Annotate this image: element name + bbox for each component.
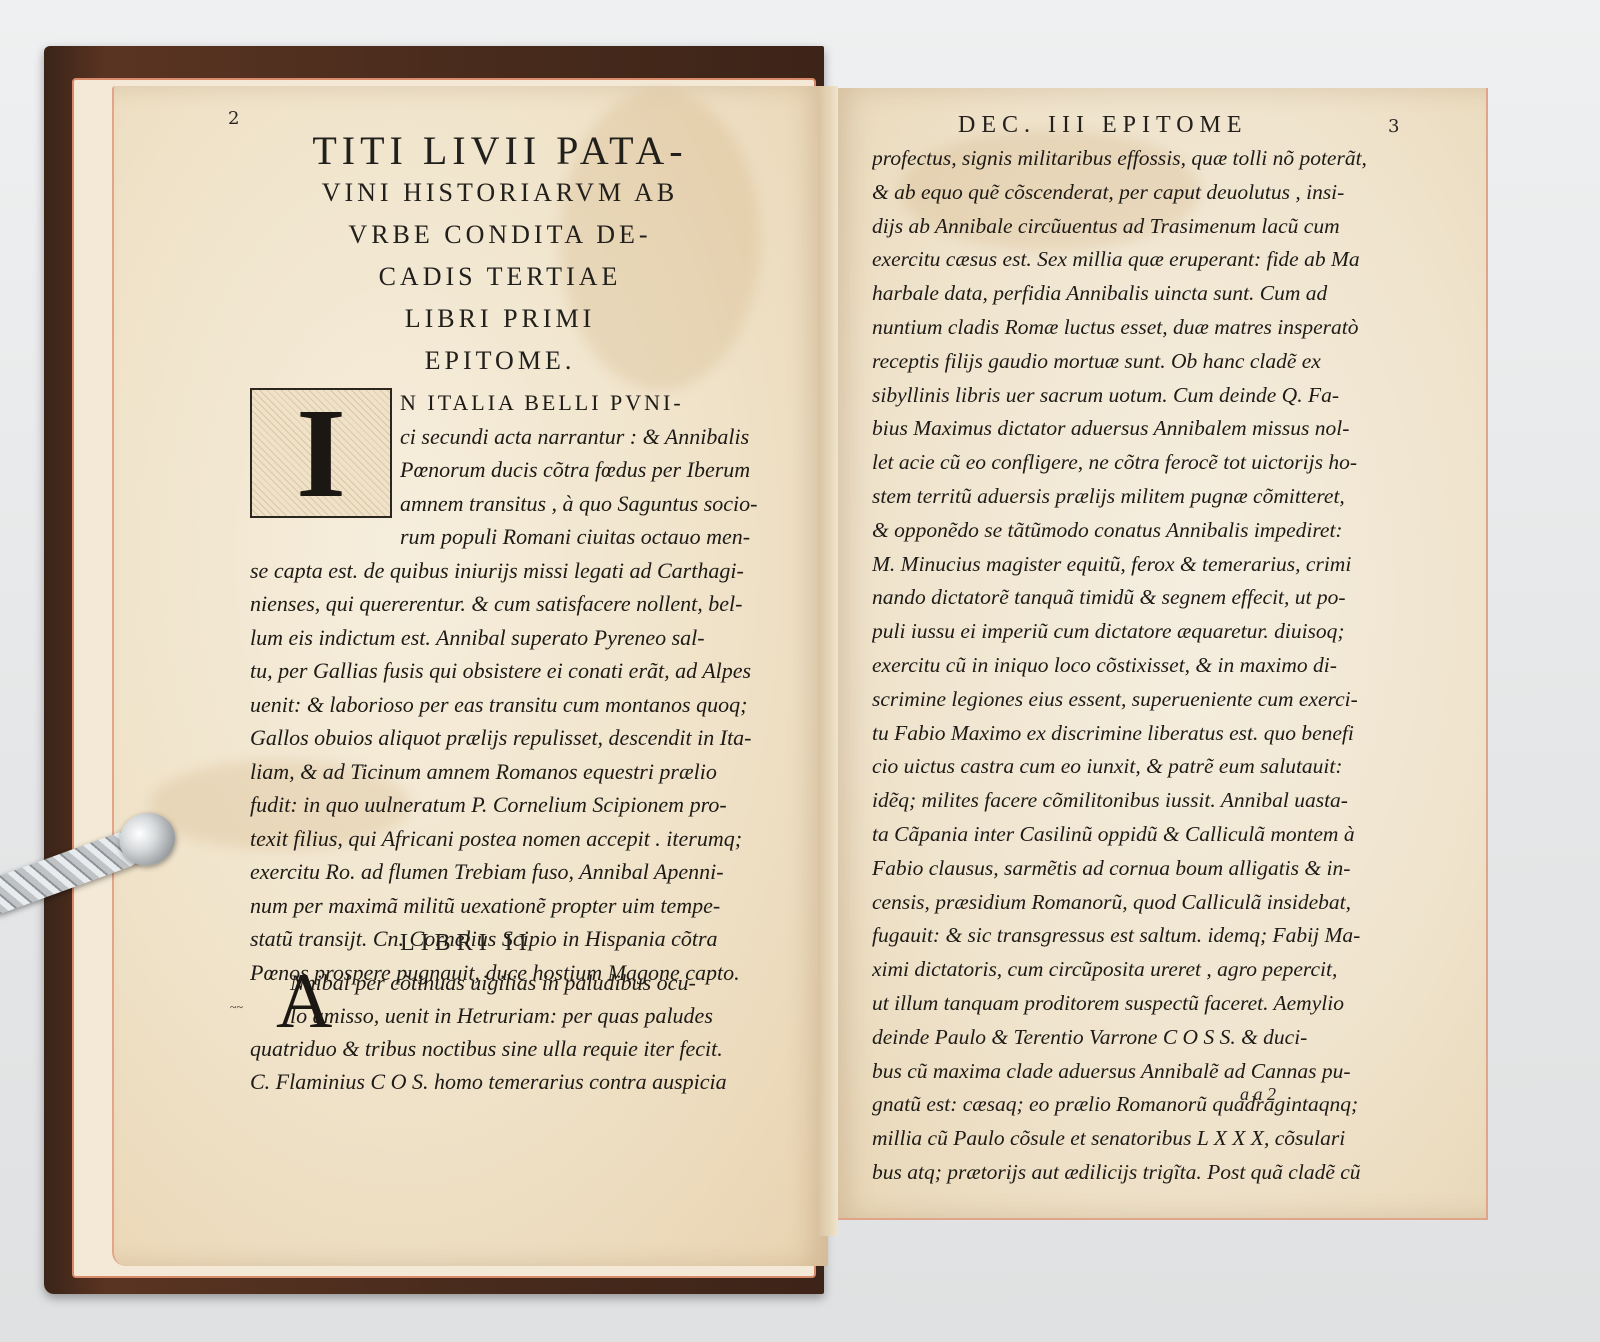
text-line: ta Cãpania inter Casilinũ oppidũ & Calli… — [872, 818, 1382, 852]
text-line: bus cũ maxima clade aduersus Annibalẽ ad… — [872, 1055, 1382, 1089]
title-line: LIBRI PRIMI — [210, 298, 790, 340]
text-line: nienses, qui quererentur. & cum satisfac… — [250, 587, 782, 621]
signature-mark: a a 2 — [1240, 1084, 1276, 1105]
title-block: TITI LIVII PATA- VINI HISTORIARVM AB VRB… — [210, 130, 790, 382]
running-head: DEC. III EPITOME — [958, 112, 1248, 139]
text-line: tu Fabio Maximo ex discrimine liberatus … — [872, 717, 1382, 751]
text-line: M. Minucius magister equitũ, ferox & tem… — [872, 548, 1382, 582]
text-line: nando dictatorẽ tanquã timidũ & segnem e… — [872, 581, 1382, 615]
text-line: let acie cũ eo confligere, ne cõtra fero… — [872, 446, 1382, 480]
text-line: scrimine legiones eius essent, superueni… — [872, 683, 1382, 717]
text-line: Gallos obuios aliquot prælijs repulisset… — [250, 721, 782, 755]
text-line: puli iussu ei imperiũ cum dictatore æqua… — [872, 615, 1382, 649]
folio-left: 2 — [228, 108, 239, 129]
text-line: stem territũ aduersis prælijs militem pu… — [872, 480, 1382, 514]
book-gutter — [818, 86, 838, 1236]
title-line: VINI HISTORIARVM AB — [210, 172, 790, 214]
text-line: tu, per Gallias fusis qui obsistere ei c… — [250, 654, 782, 688]
title-line: CADIS TERTIAE — [210, 256, 790, 298]
text-line: nuntium cladis Romæ luctus esset, duæ ma… — [872, 311, 1382, 345]
text-line: num per maximã militũ uexationẽ propter … — [250, 889, 782, 923]
book2-text: Nnibal per cõtinuas uigilias in paludibu… — [250, 966, 790, 1098]
text-line: quatriduo & tribus noctibus sine ulla re… — [250, 1032, 790, 1065]
text-line: ximi dictatoris, cum circũposita ureret … — [872, 953, 1382, 987]
text-line: amnem transitus , à quo Saguntus socio- — [250, 487, 782, 521]
text-line: texit filius, qui Africani postea nomen … — [250, 822, 782, 856]
text-line: N ITALIA BELLI PVNI- — [250, 386, 782, 420]
text-line: se capta est. de quibus iniurijs missi l… — [250, 554, 782, 588]
text-line: & opponẽdo se tãtũmodo conatus Annibalis… — [872, 514, 1382, 548]
text-line: receptis filijs gaudio mortuæ sunt. Ob h… — [872, 345, 1382, 379]
text-line: uenit: & laborioso per eas transitu cum … — [250, 688, 782, 722]
text-line: ut illum tanquam proditorem suspectũ fac… — [872, 987, 1382, 1021]
text-line: Fabio clausus, sarmẽtis ad cornua boum a… — [872, 852, 1382, 886]
title-line: EPITOME. — [210, 340, 790, 382]
text-line: bius Maximus dictator aduersus Annibalem… — [872, 412, 1382, 446]
text-line: cio uictus castra cum eo iunxit, & patrẽ… — [872, 750, 1382, 784]
text-line: censis, præsidium Romanorũ, quod Callicu… — [872, 886, 1382, 920]
folio-right: 3 — [1388, 116, 1399, 137]
text-line: bus atq; prætorijs aut ædilicijs trigĩta… — [872, 1156, 1382, 1190]
text-line: exercitu cæsus est. Sex millia quæ erupe… — [872, 243, 1382, 277]
section-heading: LIBRI II — [400, 930, 533, 957]
text-line: lum eis indictum est. Annibal superato P… — [250, 621, 782, 655]
text-line: dijs ab Annibale circũuentus ad Trasimen… — [872, 210, 1382, 244]
text-line: C. Flaminius C O S. homo temerarius cont… — [250, 1065, 790, 1098]
text-line: rum populi Romani ciuitas octauo men- — [250, 520, 782, 554]
text-line: profectus, signis militaribus effossis, … — [872, 142, 1382, 176]
text-line: millia cũ Paulo cõsule et senatoribus L … — [872, 1122, 1382, 1156]
text-line: Pœnorum ducis cõtra fœdus per Iberum — [250, 453, 782, 487]
title-line: VRBE CONDITA DE- — [210, 214, 790, 256]
text-line: exercitu cũ in iniquo loco cõstixisset, … — [872, 649, 1382, 683]
text-line: fudit: in quo uulneratum P. Cornelium Sc… — [250, 788, 782, 822]
text-line: deinde Paulo & Terentio Varrone C O S S.… — [872, 1021, 1382, 1055]
text-line: ci secundi acta narrantur : & Annibalis — [250, 420, 782, 454]
text-line: & ab equo quẽ cõscenderat, per caput deu… — [872, 176, 1382, 210]
text-line: exercitu Ro. ad flumen Trebiam fuso, Ann… — [250, 855, 782, 889]
text-line: sibyllinis libris uer sacrum uotum. Cum … — [872, 379, 1382, 413]
text-line: lo amisso, uenit in Hetruriam: per quas … — [250, 999, 790, 1032]
text-line: harbale data, perfidia Annibalis uincta … — [872, 277, 1382, 311]
text-line: idẽq; milites facere cõmilitonibus iussi… — [872, 784, 1382, 818]
text-line: fugauit: & sic transgressus est saltum. … — [872, 919, 1382, 953]
book1-text: N ITALIA BELLI PVNI- ci secundi acta nar… — [250, 386, 782, 989]
text-line: Nnibal per cõtinuas uigilias in paludibu… — [250, 966, 790, 999]
right-page-text: profectus, signis militaribus effossis, … — [872, 142, 1382, 1190]
margin-annotation: ~~ — [230, 1000, 243, 1015]
text-line: gnatũ est: cæsaq; eo prælio Romanorũ qua… — [872, 1088, 1382, 1122]
text-line: liam, & ad Ticinum amnem Romanos equestr… — [250, 755, 782, 789]
title-line: TITI LIVII PATA- — [210, 130, 790, 172]
